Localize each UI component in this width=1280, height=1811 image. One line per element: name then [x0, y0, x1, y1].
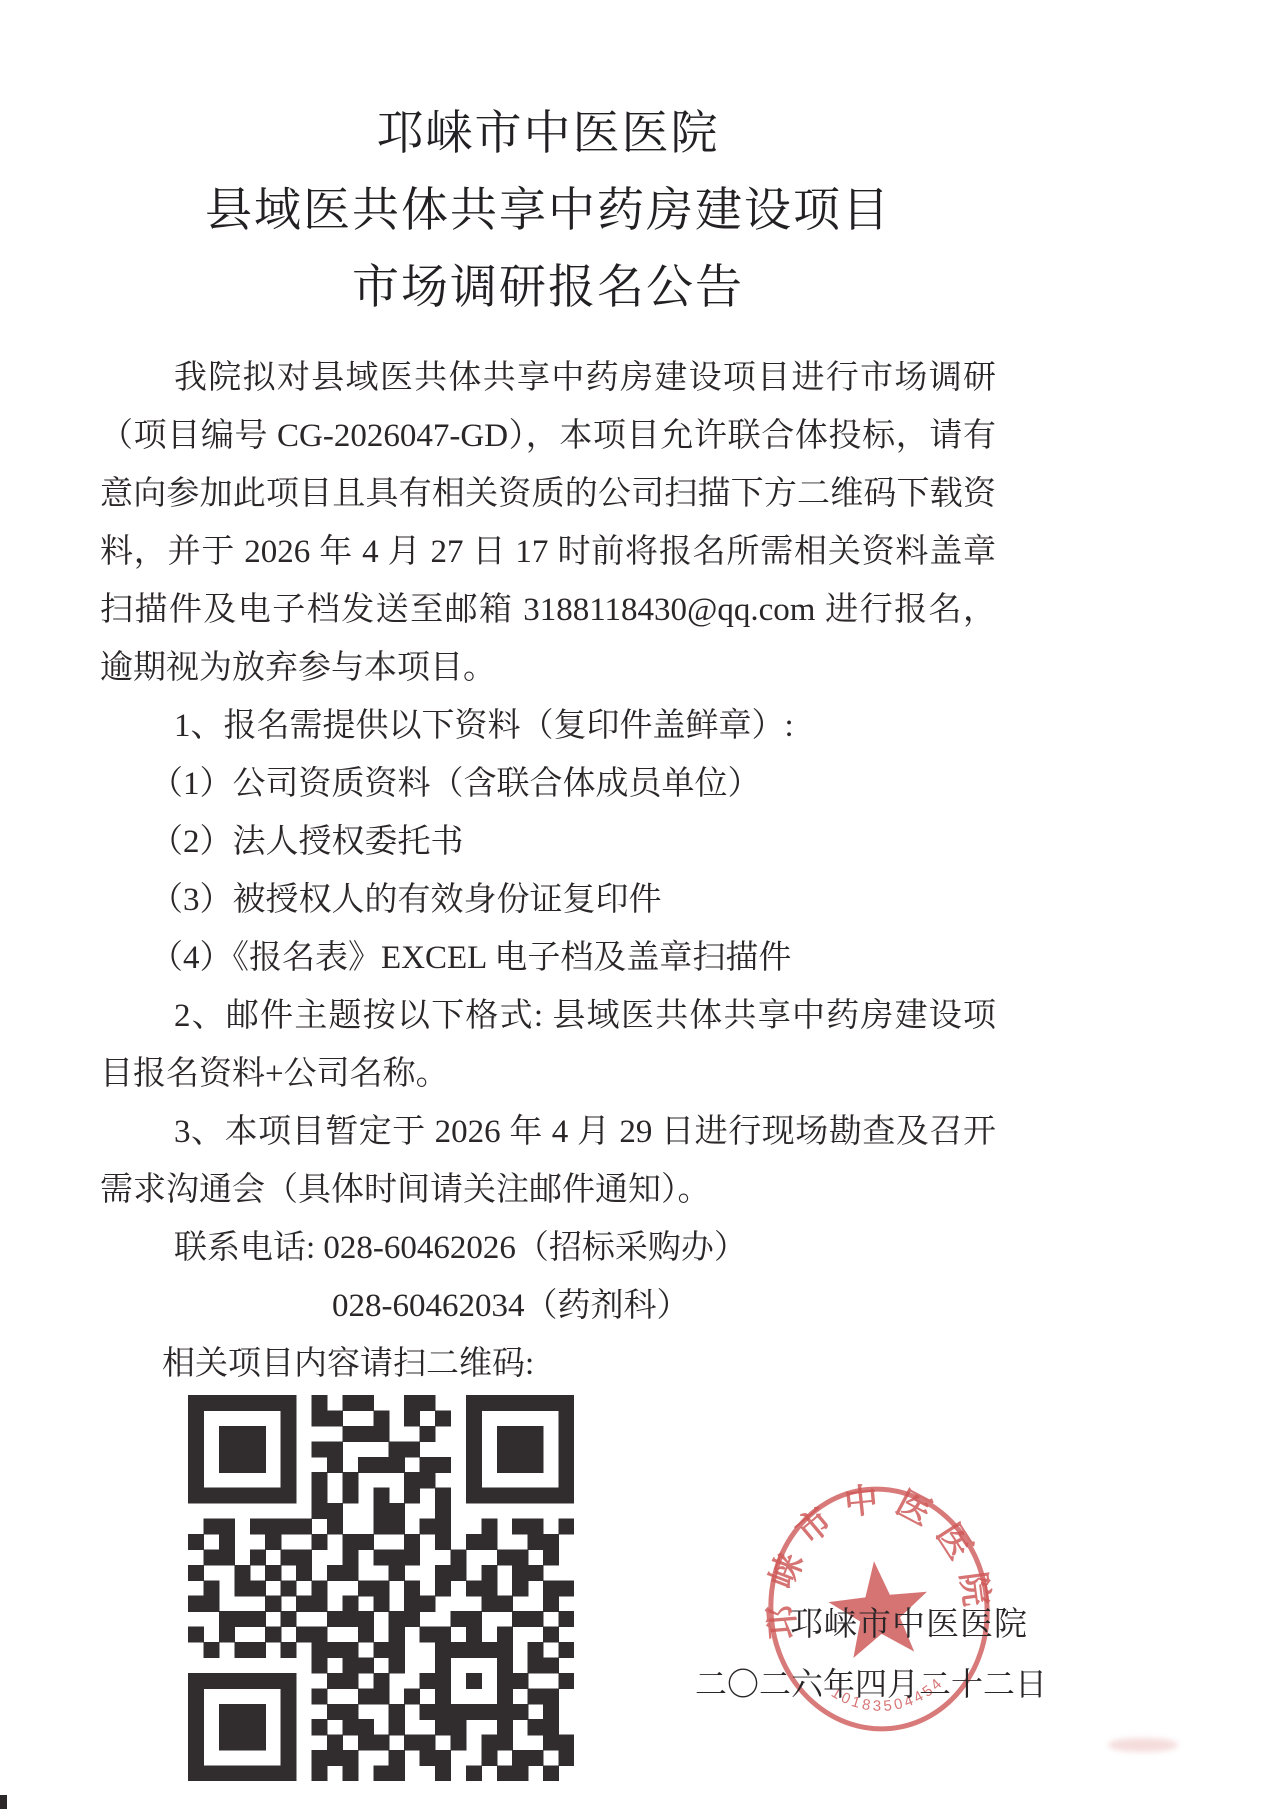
seal-ink-smudge [1108, 1738, 1178, 1752]
announcement-page: 邛崃市中医医院 县域医共体共享中药房建设项目 市场调研报名公告 我院拟对县域医共… [0, 0, 1280, 1811]
signature-org: 邛崃市中医医院 [790, 1605, 1028, 1645]
qr-caption: 相关项目内容请扫二维码: [100, 1335, 996, 1393]
item-3-paragraph: 3、本项目暂定于 2026 年 4 月 29 日进行现场勘查及召开需求沟通会（具… [100, 1103, 996, 1219]
qr-code-svg [188, 1395, 574, 1781]
contact-phone-1: 联系电话: 028-60462026（招标采购办） [100, 1219, 996, 1277]
qr-code [188, 1395, 574, 1781]
title-line-2: 县域医共体共享中药房建设项目 [100, 173, 996, 250]
document-title: 邛崃市中医医院 县域医共体共享中药房建设项目 市场调研报名公告 [100, 96, 996, 327]
item-1-sub-2: （2）法人授权委托书 [100, 813, 996, 871]
intro-paragraph: 我院拟对县域医共体共享中药房建设项目进行市场调研（项目编号 CG-2026047… [100, 349, 996, 697]
item-1-sub-3: （3）被授权人的有效身份证复印件 [100, 871, 996, 929]
item-1-sub-1: （1）公司资质资料（含联合体成员单位） [100, 755, 996, 813]
title-line-1: 邛崃市中医医院 [100, 96, 996, 173]
contact-phone-2: 028-60462034（药剂科） [100, 1277, 996, 1335]
item-2-paragraph: 2、邮件主题按以下格式: 县域医共体共享中药房建设项目报名资料+公司名称。 [100, 987, 996, 1103]
item-1-sub-4: （4）《报名表》EXCEL 电子档及盖章扫描件 [100, 929, 996, 987]
scan-artifact-mark [0, 1795, 7, 1809]
title-line-3: 市场调研报名公告 [100, 250, 996, 327]
signature-date: 二〇二六年四月二十二日 [695, 1664, 1047, 1704]
item-1-header: 1、报名需提供以下资料（复印件盖鲜章）: [100, 697, 996, 755]
